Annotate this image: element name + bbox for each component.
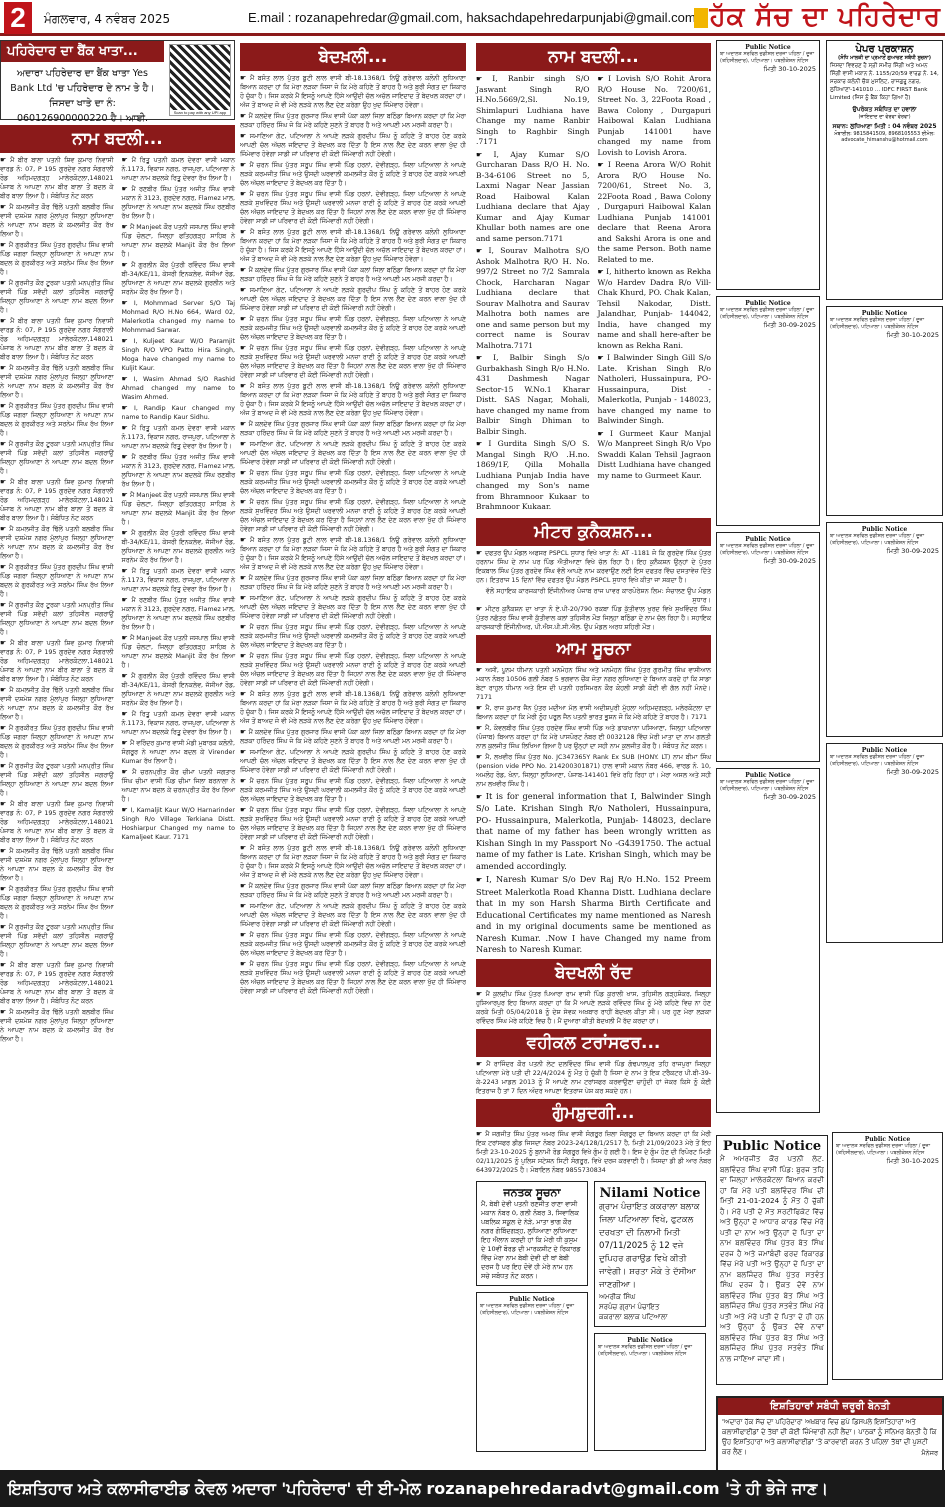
public-notice-title: Public Notice [720,1139,824,1154]
list-item: ਦਫਤਰ ਉਪ ਮੰਡਲ ਅਫਸਰ PSPCL ਸੁਧਾਰ ਵਿਖੇ ਖਾਤਾ … [476,549,711,585]
page-number: 2 [4,2,32,34]
list-item: ਮੈਂ ਚਰਨ ਸਿੰਘ ਪੁੱਤਰ ਸਰੂਪ ਸਿੰਘ ਵਾਸੀ ਪਿੰਡ ਹ… [240,161,466,188]
list-item: I, Kuljeet Kaur W/O Paramjit Singh R/O V… [122,337,236,373]
list-item: ਮੈਂ ਗੁਰਕੀਰਤ ਸਿੰਘ ਪੁੱਤਰ ਗੁਰਦੀਪ ਸਿੰਘ ਵਾਸੀ … [0,241,114,277]
naam-badli-list: ਮੈਂ ਬੀਰ ਬਾਲਾ ਪਤਨੀ ਸ਼ਿਵ ਕੁਮਾਰ ਨਿਵਾਸੀ ਵਾਰਡ… [0,156,235,1046]
section-header-naam-badli-2: ਨਾਮ ਬਦਲੀ... [476,43,711,71]
aam-suchna-list: ਅਸੀਂ, ਪੂਨਮ ਧੀਮਾਨ ਪਤਨੀ ਮਨਮੋਹਨ ਸਿੰਘ ਅਤੇ ਮਨ… [476,666,711,956]
list-item: ਮੈਂ ਰਿਤੂ ਪਤਨੀ ਕਮਲ ਦੇਵਰਾ ਵਾਸੀ ਮਕਾਨ ਨੰ.117… [122,567,236,594]
list-item: ਮੈਂ ਕਲਦੇਵ ਸਿੰਘ ਪੁੱਤਰ ਗੁਰਜਾਰ ਸਿੰਘ ਵਾਸੀ ਪੱ… [240,420,466,438]
list-item: ਮੈਂ ਬਸੰਤ ਲਾਲ ਪੁੱਤਰ ਬੂਟੀ ਲਾਲ ਵਾਸੀ ਬੀ-18.1… [240,690,466,726]
bank-account-box: ਪਹਿਰੇਦਾਰ ਦਾ ਬੈਂਕ ਖਾਤਾ... ਅਦਾਰਾ ਪਹਿਰੇਦਾਰ … [0,40,235,120]
list-item: ਮੈਂ ਚਰਨ ਸਿੰਘ ਪੁੱਤਰ ਸਰੂਪ ਸਿੰਘ ਵਾਸੀ ਪਿੰਡ ਹ… [240,190,466,226]
list-item: ਮੈਂ ਚਰਨ ਸਿੰਘ ਪੁੱਤਰ ਸਰੂਪ ਸਿੰਘ ਵਾਸੀ ਪਿੰਡ ਹ… [240,777,466,804]
list-item: ਮੈਂ ਵਰਿੰਦਰ ਕੁਮਾਰ ਵਾਸੀ ਮੰਡੀ ਮੁਬਾਰਕ ਕਲੋਨੀ,… [122,739,236,766]
list-item: ਮੈਂ ਗੁਰਕੀਰਤ ਸਿੰਘ ਪੁੱਤਰ ਗੁਰਦੀਪ ਸਿੰਘ ਵਾਸੀ … [0,402,114,438]
list-item: I, hitherto known as Rekha W/o Hardev Da… [598,267,712,351]
list-item: ਸਮਾਣਿਆ ਗੇਟ, ਪਟਿਆਲਾ ਨੇ ਆਪਣੇ ਲੜਕੇ ਗੁਰਦੀਪ ਸ… [240,286,466,313]
public-notice-box: Public Noticeਬਾ ਅਦਾਲਤ ਸਰਵਿਲ ਜੁਡੀਸ਼ਲ ਦਰਜਾ… [716,40,820,290]
public-notices-column: Public Noticeਬਾ ਅਦਾਲਤ ਸਰਵਿਲ ਜੁਡੀਸ਼ਲ ਦਰਜਾ… [716,40,820,1119]
list-item: I Reena Arora W/O Rohit Arora R/O House … [598,160,712,265]
list-item: ਮੈਂ ਕਲਦੇਵ ਸਿੰਘ ਪੁੱਤਰ ਗੁਰਜਾਰ ਸਿੰਘ ਵਾਸੀ ਪੱ… [240,574,466,592]
list-item: ਮੈਂ ਰਿਤੂ ਪਤਨੀ ਕਮਲ ਦੇਵਰਾ ਵਾਸੀ ਮਕਾਨ ਨੰ.117… [122,156,236,183]
disclaimer-title: ਇਸ਼ਤਿਹਾਰਾਂ ਸਬੰਧੀ ਜ਼ਰੂਰੀ ਬੇਨਤੀ [718,1398,942,1415]
list-item: ਮੈਂ ਗੁਰਕੀਰਤ ਸਿੰਘ ਪੁੱਤਰ ਗੁਰਦੀਪ ਸਿੰਘ ਵਾਸੀ … [0,563,114,599]
list-item: ਸਮਾਣਿਆ ਗੇਟ, ਪਟਿਆਲਾ ਨੇ ਆਪਣੇ ਲੜਕੇ ਗੁਰਦੀਪ ਸ… [240,748,466,775]
list-item: ਮੈਂ ਕਮਲਜੀਤ ਕੌਰ ਢਿੱਲੋਂ ਪਤਨੀ ਬਲਬੀਰ ਸਿੰਘ ਵਾ… [0,203,114,239]
issue-date: ਮੰਗਲਵਾਰ, 4 ਨਵੰਬਰ 2025 [44,12,170,27]
list-item: ਮੈਂ ਬਸੰਤ ਲਾਲ ਪੁੱਤਰ ਬੂਟੀ ਲਾਲ ਵਾਸੀ ਬੀ-18.1… [240,536,466,572]
list-item: ਮੈਂ ਜਗਜੀਤ ਸਿੰਘ ਪੁੱਤਰ ਅਮਰ ਸਿੰਘ ਵਾਸੀ ਸੰਗਰੂ… [476,1130,711,1175]
list-item: ਸਮਾਣਿਆ ਗੇਟ, ਪਟਿਆਲਾ ਨੇ ਆਪਣੇ ਲੜਕੇ ਗੁਰਦੀਪ ਸ… [240,440,466,467]
list-item: ਮੈਂ ਗੁਰਜੀਤ ਕੌਰ ਟੂਰਕਾ ਪਤਨੀ ਮਨਪ੍ਰੀਤ ਸਿੰਘ ਵ… [0,601,114,637]
janatak-title: ਜਨਤਕ ਸੂਚਨਾ [481,1186,583,1200]
list-item: ਸਮਾਣਿਆ ਗੇਟ, ਪਟਿਆਲਾ ਨੇ ਆਪਣੇ ਲੜਕੇ ਗੁਰਦੀਪ ਸ… [240,902,466,929]
list-item: ਮੈਂ ਕਲਦੇਵ ਸਿੰਘ ਪੁੱਤਰ ਗੁਰਜਾਰ ਸਿੰਘ ਵਾਸੀ ਪੱ… [240,728,466,746]
list-item: ਮੈਂ Manjeet ਕੌਰ ਪਤਨੀ ਜਸਪਾਲ ਸਿੰਘ ਵਾਸੀ ਪਿੰ… [122,491,236,527]
masthead: 2 ਮੰਗਲਵਾਰ, 4 ਨਵੰਬਰ 2025 E.mail : rozanap… [0,0,945,36]
list-item: ਮੈਂ ਰਣਬੀਰ ਸਿੰਘ ਪੁੱਤਰ ਅਜੀਤ ਸਿੰਘ ਵਾਸੀ ਮਕਾਨ… [122,596,236,632]
public-notice-box: Public Noticeਬਾ ਅਦਾਲਤ ਸਰਵਿਲ ਜੁਡੀਸ਼ਲ ਦਰਜਾ… [832,1132,943,1380]
list-item: ਮੈਂ ਗੁਰਕੀਰਤ ਸਿੰਘ ਪੁੱਤਰ ਗੁਰਦੀਪ ਸਿੰਘ ਵਾਸੀ … [0,724,114,760]
flag-icon [694,8,708,28]
public-notice-large-box: Public Notice ਮੈਂ ਅਮਰਜੀਤ ਕੌਰ ਪਤਨੀ ਲੇਟ. ਬ… [716,1135,828,1385]
list-item: ਮੈਂ Manjeet ਕੌਰ ਪਤਨੀ ਜਸਪਾਲ ਸਿੰਘ ਵਾਸੀ ਪਿੰ… [122,223,236,259]
left-column: ਨਾਮ ਬਦਲੀ... ਮੈਂ ਬੀਰ ਬਾਲਾ ਪਤਨੀ ਸ਼ਿਵ ਕੁਮਾਰ… [0,122,235,1046]
section-header-aam-suchna: ਆਮ ਸੂਚਨਾ [476,635,711,663]
nilami-notice-box: Nilami Notice ਗ੍ਰਾਮ ਪੰਚਾਇਤ ਕਕਰਾਲਾ ਬਲਾਕ ਜ… [594,1181,706,1327]
section-header-naam-badli: ਨਾਮ ਬਦਲੀ... [0,125,235,153]
list-item: ਮੈਂ ਚਰਨ ਸਿੰਘ ਪੁੱਤਰ ਸਰੂਪ ਸਿੰਘ ਵਾਸੀ ਪਿੰਡ ਹ… [240,806,466,842]
list-item: ਮੈਂ Manjeet ਕੌਰ ਪਤਨੀ ਜਸਪਾਲ ਸਿੰਘ ਵਾਸੀ ਪਿੰ… [122,634,236,670]
list-item: ਮੈਂ ਗੁਰਜੀਤ ਕੌਰ ਟੂਰਕਾ ਪਤਨੀ ਮਨਪ੍ਰੀਤ ਸਿੰਘ ਵ… [0,923,114,959]
list-item: ਮੈਂ ਰਣਬੀਰ ਸਿੰਘ ਪੁੱਤਰ ਅਜੀਤ ਸਿੰਘ ਵਾਸੀ ਮਕਾਨ… [122,453,236,489]
list-item: I, Balbir Singh S/o Gurbakhash Singh R/o… [476,353,590,437]
janatak-suchna-box: ਜਨਤਕ ਸੂਚਨਾ ਮੈਂ, ਬੇਬੀ ਦੇਵੀ ਪਤਨੀ ਰਣਜੀਤ ਰਾਣ… [476,1181,588,1286]
list-item: ਮੈਂ ਬਸੰਤ ਲਾਲ ਪੁੱਤਰ ਬੂਟੀ ਲਾਲ ਵਾਸੀ ਬੀ-18.1… [240,74,466,110]
list-item: ਮੈਂ ਬੀਰ ਬਾਲਾ ਪਤਨੀ ਸ਼ਿਵ ਕੁਮਾਰ ਨਿਵਾਸੀ ਵਾਰਡ… [0,478,114,523]
list-item: ਮੈਂ ਚਰਨ ਸਿੰਘ ਪੁੱਤਰ ਸਰੂਪ ਸਿੰਘ ਵਾਸੀ ਪਿੰਡ ਹ… [240,960,466,996]
nilami-body: ਗ੍ਰਾਮ ਪੰਚਾਇਤ ਕਕਰਾਲਾ ਬਲਾਕ ਜਿਲਾ ਪਟਿਆਲਾ ਵਿਖ… [599,1201,701,1292]
list-item: I Balwinder Singh Gill S/o Late. Krishan… [598,353,712,427]
list-item: ਮੈਂ ਕਲਦੇਵ ਸਿੰਘ ਪੁੱਤਰ ਗੁਰਜਾਰ ਸਿੰਘ ਵਾਸੀ ਪੱ… [240,882,466,900]
list-item: I Gurmeet Kaur Manjal W/o Manpreet Singh… [598,429,712,482]
list-item: It is for general information that I, Ba… [476,791,711,873]
list-item: I, Naresh Kumar S/o Dev Raj R/o H.No. 15… [476,874,711,956]
section-header-meter: ਮੀਟਰ ਕੁਨੈਕਸ਼ਨ... [476,518,711,546]
list-item: ਮੈਂ ਬੀਰ ਬਾਲਾ ਪਤਨੀ ਸ਼ਿਵ ਕੁਮਾਰ ਨਿਵਾਸੀ ਵਾਰਡ… [0,156,114,201]
list-item: ਸਮਾਣਿਆ ਗੇਟ, ਪਟਿਆਲਾ ਨੇ ਆਪਣੇ ਲੜਕੇ ਗੁਰਦੀਪ ਸ… [240,132,466,159]
list-item: ਅਸੀਂ, ਪੂਨਮ ਧੀਮਾਨ ਪਤਨੀ ਮਨਮੋਹਨ ਸਿੰਘ ਅਤੇ ਮਨ… [476,666,711,702]
list-item: ਮੈਂ ਗੁਰਲੀਨ ਕੌਰ ਪੁੱਤਰੀ ਰਵਿੰਦਰ ਸਿੰਘ ਵਾਸੀ ਬ… [122,672,236,708]
list-item: ਮੈਂ ਰਣਬੀਰ ਸਿੰਘ ਪੁੱਤਰ ਅਜੀਤ ਸਿੰਘ ਵਾਸੀ ਮਕਾਨ… [122,185,236,221]
public-notice-box: Public Noticeਬਾ ਅਦਾਲਤ ਸਰਵਿਲ ਜੁਡੀਸ਼ਲ ਦਰਜਾ… [826,522,943,737]
public-notice-box: Public Noticeਬਾ ਅਦਾਲਤ ਸਰਵਿਲ ਜੁਡੀਸ਼ਲ ਦਰਜਾ… [716,296,820,526]
list-item: ਮੈਂ ਕਮਲਜੀਤ ਕੌਰ ਢਿੱਲੋਂ ਪਤਨੀ ਬਲਬੀਰ ਸਿੰਘ ਵਾ… [0,1008,114,1044]
list-item: ਮੈਂ ਕਲਦੇਵ ਸਿੰਘ ਪੁੱਤਰ ਗੁਰਜਾਰ ਸਿੰਘ ਵਾਸੀ ਪੱ… [240,266,466,284]
disclaimer-signature: ਮੈਨੇਜਰ [718,1449,942,1458]
newspaper-logo: ਹੱਕ ਸੱਚ ਦਾ ਪਹਿਰੇਦਾਰ [692,2,941,33]
meter-list: ਦਫਤਰ ਉਪ ਮੰਡਲ ਅਫਸਰ PSPCL ਸੁਧਾਰ ਵਿਖੇ ਖਾਤਾ … [476,549,711,632]
list-item: ਮੈਂ ਰਾਜਿੰਦਰ ਕੌਰ ਪਤਨੀ ਲੇਟ ਦਲਵਿੰਦਰ ਸਿੰਘ ਵਾ… [476,1060,711,1096]
public-notice-box: Public Notice ਬਾ ਅਦਾਲਤ ਸਰਵਿਲ ਜੁਡੀਸ਼ਲ ਦਰਜ… [594,1333,706,1451]
list-item: ਮੈਂ ਬੀਰ ਬਾਲਾ ਪਤਨੀ ਸ਼ਿਵ ਕੁਮਾਰ ਨਿਵਾਸੀ ਵਾਰਡ… [0,800,114,845]
list-item: ਮੈਂ ਬਸੰਤ ਲਾਲ ਪੁੱਤਰ ਬੂਟੀ ਲਾਲ ਵਾਸੀ ਬੀ-18.1… [240,382,466,418]
section-header-bedakhli: ਬੇਦਖ਼ਲੀ... [240,43,466,71]
list-item: ਮੈਂ ਕਮਲਜੀਤ ਕੌਰ ਢਿੱਲੋਂ ਪਤਨੀ ਬਲਬੀਰ ਸਿੰਘ ਵਾ… [0,525,114,561]
list-item: ਮੈਂ ਚਰਨ ਸਿੰਘ ਪੁੱਤਰ ਸਰੂਪ ਸਿੰਘ ਵਾਸੀ ਪਿੰਡ ਹ… [240,469,466,496]
public-notice-box: Public Noticeਬਾ ਅਦਾਲਤ ਸਰਵਿਲ ਜੁਡੀਸ਼ਲ ਦਰਜਾ… [716,532,820,762]
list-item: ਮੈਂ ਚਰਨ ਸਿੰਘ ਪੁੱਤਰ ਸਰੂਪ ਸਿੰਘ ਵਾਸੀ ਪਿੰਡ ਹ… [240,498,466,534]
list-item: I, Randip Kaur changed my name to Randip… [122,404,236,422]
gumshudgi-list: ਮੈਂ ਜਗਜੀਤ ਸਿੰਘ ਪੁੱਤਰ ਅਮਰ ਸਿੰਘ ਵਾਸੀ ਸੰਗਰੂ… [476,1130,711,1175]
list-item: I, Ranbir singh S/O Jaswant Singh R/O H.… [476,74,590,148]
paper-prakashan-box: ਪੇਪਰ ਪ੍ਰਕਾਸ਼ਨ (ਸੋਧਿ ਮਾਲਕੀ ਦਾ ਪ੍ਰਮਾਣ ਗੁਆਚ… [826,40,943,300]
center-column: ਨਾਮ ਬਦਲੀ... I, Ranbir singh S/O Jaswant … [476,40,711,1458]
list-item: ਸਮਾਣਿਆ ਗੇਟ, ਪਟਿਆਲਾ ਨੇ ਆਪਣੇ ਲੜਕੇ ਗੁਰਦੀਪ ਸ… [240,594,466,621]
public-notice-box: Public Noticeਬਾ ਅਦਾਲਤ ਸਰਵਿਲ ਜੁਡੀਸ਼ਲ ਦਰਜਾ… [716,768,820,1113]
list-item: ਮੈਂ, ਕੰਵਲਬੀਰ ਸਿੰਘ ਪੁੱਤਰ ਹਰਦੇਵ ਸਿੰਘ ਵਾਸੀ … [476,724,711,751]
list-item: ਮੈਂ, ਰਾਜ ਕੁਮਾਰ ਜੈਨ ਪੁੱਤਰ ਮਦੀਆ ਮੱਲ ਵਾਸੀ ਅ… [476,704,711,722]
nilami-title: Nilami Notice [599,1186,701,1201]
list-item: I, Ajay Kumar S/O Gurcharan Dass R/O H. … [476,150,590,245]
list-item: ਮੈਂ, ਲਖਵੀਰ ਸਿੰਘ ਪੁੱਤਰ No. JC347365Y Rank… [476,753,711,789]
list-item: ਮੈਂ ਗੁਰਕੀਰਤ ਸਿੰਘ ਪੁੱਤਰ ਗੁਰਦੀਪ ਸਿੰਘ ਵਾਸੀ … [0,885,114,921]
qr-code-icon[interactable]: Scan to pay with any UPI app [169,44,231,116]
list-item: I Lovish S/O Rohit Arora R/O House No. 7… [598,74,712,158]
qr-caption: Scan to pay with any UPI app [170,110,230,115]
list-item: ਮੈਂ ਚਰਨ ਸਿੰਘ ਪੁੱਤਰ ਸਰੂਪ ਸਿੰਘ ਵਾਸੀ ਪਿੰਡ ਹ… [240,931,466,958]
list-item: ਮੈਂ ਚਰਨ ਸਿੰਘ ਪੁੱਤਰ ਸਰੂਪ ਸਿੰਘ ਵਾਸੀ ਪਿੰਡ ਹ… [240,652,466,688]
bank-title: ਪਹਿਰੇਦਾਰ ਦਾ ਬੈਂਕ ਖਾਤਾ... [1,41,164,62]
list-item: I, Sourav Malhotra S/O Ashok Malhotra R/… [476,246,590,351]
list-item: ਮੈਂ ਕਮਲਜੀਤ ਕੌਰ ਢਿੱਲੋਂ ਪਤਨੀ ਬਲਬੀਰ ਸਿੰਘ ਵਾ… [0,847,114,883]
list-item: ਮੈਂ ਕਲਦੇਵ ਸਿੰਘ ਪੁੱਤਰ ਗੁਰਜਾਰ ਸਿੰਘ ਵਾਸੀ ਪੱ… [240,112,466,130]
list-item: I, Mohmmad Server S/O Taj Mohmad R/O H.N… [122,299,236,335]
contact-email[interactable]: E.mail : rozanapehredar@gmail.com, haksa… [248,10,696,25]
list-item: ਮੈਂ ਗੁਰਜੀਤ ਕੌਰ ਟੂਰਕਾ ਪਤਨੀ ਮਨਪ੍ਰੀਤ ਸਿੰਘ ਵ… [0,279,114,315]
janatak-body: ਮੈਂ, ਬੇਬੀ ਦੇਵੀ ਪਤਨੀ ਰਣਜੀਤ ਰਾਣਾ ਵਾਸੀ ਮਕਾਨ… [481,1200,583,1281]
section-header-vehicle: ਵਹੀਕਲ ਟਰਾਂਸਫਰ... [476,1029,711,1057]
bedakhli-radd-list: ਮੈਂ ਕੁਲਦੀਪ ਸਿੰਘ ਪੁੱਤਰ ਪਿਆਰਾ ਰਾਮ ਵਾਸੀ ਪਿੰ… [476,990,711,1026]
list-item: ਮੈਂ ਗੁਰਜੀਤ ਕੌਰ ਟੂਰਕਾ ਪਤਨੀ ਮਨਪ੍ਰੀਤ ਸਿੰਘ ਵ… [0,440,114,476]
vehicle-list: ਮੈਂ ਰਾਜਿੰਦਰ ਕੌਰ ਪਤਨੀ ਲੇਟ ਦਲਵਿੰਦਰ ਸਿੰਘ ਵਾ… [476,1060,711,1096]
bedakhli-list: ਮੈਂ ਬਸੰਤ ਲਾਲ ਪੁੱਤਰ ਬੂਟੀ ਲਾਲ ਵਾਸੀ ਬੀ-18.1… [240,74,466,996]
footer-banner: ਇਸ਼ਤਿਹਾਰ ਅਤੇ ਕਲਾਸੀਫਾਈਡ ਕੇਵਲ ਅਦਾਰਾ 'ਪਹਿਰੇ… [0,1470,945,1507]
list-item: ਮੈਂ ਰਿਤੂ ਪਤਨੀ ਕਮਲ ਦੇਵਰਾ ਵਾਸੀ ਮਕਾਨ ਨੰ.117… [122,710,236,737]
list-item: ਮੀਟਰ ਕੁਨੈਕਸ਼ਨ ਦਾ ਖਾਤਾ ਨੰ ਏ.ਪੀ-20/790 ਰਕਬ… [476,605,711,632]
public-notice-box: Public Noticeਬਾ ਅਦਾਲਤ ਸਰਵਿਲ ਜੁਡੀਸ਼ਲ ਦਰਜਾ… [826,306,943,516]
right-column: ਪੇਪਰ ਪ੍ਰਕਾਸ਼ਨ (ਸੋਧਿ ਮਾਲਕੀ ਦਾ ਪ੍ਰਮਾਣ ਗੁਆਚ… [826,40,943,949]
list-item: I Gurdita Singh S/O S. Mangal Singh R/O … [476,439,590,513]
list-item: ਮੈਂ ਰਿਤੂ ਪਤਨੀ ਕਮਲ ਦੇਵਰਾ ਵਾਸੀ ਮਕਾਨ ਨੰ.117… [122,424,236,451]
meter-signature: ਵੱਲੋਂ ਸਹਾਇਕ ਕਾਰਜਕਾਰੀ ਇੰਜੀਨੀਅਰ ਪੰਜਾਬ ਰਾਜ … [476,587,711,605]
list-item: ਮੈਂ ਚਰਨ ਸਿੰਘ ਪੁੱਤਰ ਸਰੂਪ ਸਿੰਘ ਵਾਸੀ ਪਿੰਡ ਹ… [240,344,466,380]
list-item: ਮੈਂ ਬਸੰਤ ਲਾਲ ਪੁੱਤਰ ਬੂਟੀ ਲਾਲ ਵਾਸੀ ਬੀ-18.1… [240,228,466,264]
section-header-gumshudgi: ਗੁੰਮਸ਼ੁਦਗੀ... [476,1099,711,1127]
public-notice-box: Public Noticeਬਾ ਅਦਾਲਤ ਸਰਵਿਲ ਜੁਡੀਸ਼ਲ ਦਰਜਾ… [826,743,943,943]
public-notice-body: ਮੈਂ ਅਮਰਜੀਤ ਕੌਰ ਪਤਨੀ ਲੇਟ. ਬਲਵਿੰਦਰ ਸਿੰਘ ਵਾ… [720,1154,824,1364]
list-item: ਮੈਂ ਕਮਲਜੀਤ ਕੌਰ ਢਿੱਲੋਂ ਪਤਨੀ ਬਲਬੀਰ ਸਿੰਘ ਵਾ… [0,364,114,400]
section-header-bedakhli-radd: ਬੇਦਖਲੀ ਰੱਦ [476,959,711,987]
public-notice-box: Public Notice ਬਾ ਅਦਾਲਤ ਸਰਵਿਲ ਜੁਡੀਸ਼ਲ ਦਰਜ… [476,1292,588,1452]
list-item: ਮੈਂ ਬਸੰਤ ਲਾਲ ਪੁੱਤਰ ਬੂਟੀ ਲਾਲ ਵਾਸੀ ਬੀ-18.1… [240,844,466,880]
list-item: ਮੈਂ ਗੁਰਲੀਨ ਕੌਰ ਪੁੱਤਰੀ ਰਵਿੰਦਰ ਸਿੰਘ ਵਾਸੀ ਬ… [122,261,236,297]
bedakhli-column: ਬੇਦਖ਼ਲੀ... ਮੈਂ ਬਸੰਤ ਲਾਲ ਪੁੱਤਰ ਬੂਟੀ ਲਾਲ ਵ… [240,40,466,1465]
list-item: ਮੈਂ ਬੀਰ ਬਾਲਾ ਪਤਨੀ ਸ਼ਿਵ ਕੁਮਾਰ ਨਿਵਾਸੀ ਵਾਰਡ… [0,639,114,684]
notice-boxes-row: ਜਨਤਕ ਸੂਚਨਾ ਮੈਂ, ਬੇਬੀ ਦੇਵੀ ਪਤਨੀ ਰਣਜੀਤ ਰਾਣ… [476,1181,711,1458]
list-item: ਮੈਂ ਚਰਨ ਸਿੰਘ ਪੁੱਤਰ ਸਰੂਪ ਸਿੰਘ ਵਾਸੀ ਪਿੰਡ ਹ… [240,623,466,650]
list-item: ਮੈਂ ਚਰਨਪ੍ਰੀਤ ਕੌਰ ਚੀਮਾ ਪਤਨੀ ਜਗਤਾਰ ਸਿੰਘ ਚੀ… [122,768,236,804]
list-item: I, Kamaljit Kaur W/O Harnarinder Singh R… [122,806,236,842]
list-item: ਮੈਂ ਗੁਰਲੀਨ ਕੌਰ ਪੁੱਤਰੀ ਰਵਿੰਦਰ ਸਿੰਘ ਵਾਸੀ ਬ… [122,529,236,565]
list-item: ਮੈਂ ਬੀਰ ਬਾਲਾ ਪਤਨੀ ਸ਼ਿਵ ਕੁਮਾਰ ਨਿਵਾਸੀ ਵਾਰਡ… [0,317,114,362]
list-item: ਮੈਂ ਬੀਰ ਬਾਲਾ ਪਤਨੀ ਸ਼ਿਵ ਕੁਮਾਰ ਨਿਵਾਸੀ ਵਾਰਡ… [0,961,114,1006]
list-item: I, Wasim Ahmad S/O Rashid Ahmad changed … [122,375,236,402]
english-name-change-list: I, Ranbir singh S/O Jaswant Singh R/O H.… [476,74,711,515]
list-item: ਮੈਂ ਗੁਰਜੀਤ ਕੌਰ ਟੂਰਕਾ ਪਤਨੀ ਮਨਪ੍ਰੀਤ ਸਿੰਘ ਵ… [0,762,114,798]
list-item: ਮੈਂ ਚਰਨ ਸਿੰਘ ਪੁੱਤਰ ਸਰੂਪ ਸਿੰਘ ਵਾਸੀ ਪਿੰਡ ਹ… [240,315,466,342]
list-item: ਮੈਂ ਕਮਲਜੀਤ ਕੌਰ ਢਿੱਲੋਂ ਪਤਨੀ ਬਲਬੀਰ ਸਿੰਘ ਵਾ… [0,686,114,722]
disclaimer-box: ਇਸ਼ਤਿਹਾਰਾਂ ਸਬੰਧੀ ਜ਼ਰੂਰੀ ਬੇਨਤੀ 'ਅਦਾਰਾ ਹੱਕ… [716,1396,944,1472]
list-item: ਮੈਂ ਕੁਲਦੀਪ ਸਿੰਘ ਪੁੱਤਰ ਪਿਆਰਾ ਰਾਮ ਵਾਸੀ ਪਿੰ… [476,990,711,1026]
